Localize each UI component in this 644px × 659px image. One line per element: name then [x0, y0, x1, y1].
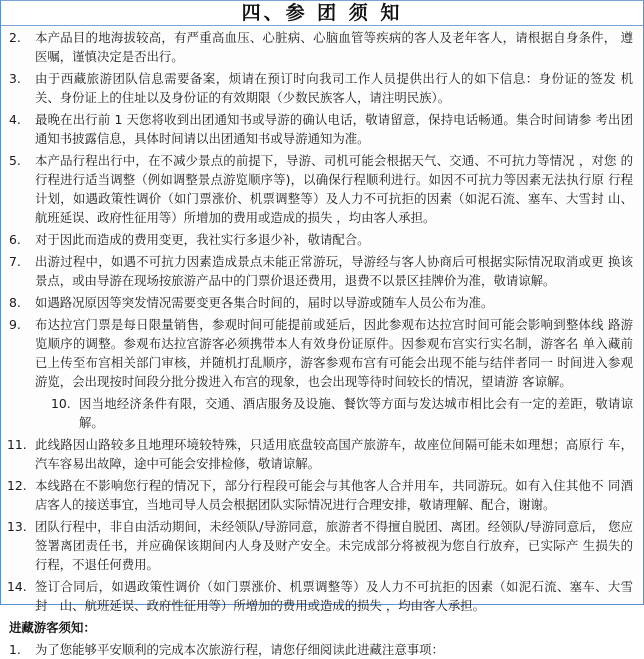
list-item: 5.本产品行程出行中，在不减少景点的前提下，导游、司机可能会根据天气、交通、不可… — [1, 151, 643, 227]
item-text: 最晚在出行前 1 天您将收到出团通知书或导游的确认电话，敬请留意，保持电话畅通。… — [35, 112, 633, 146]
list-item: 3.由于西藏旅游团队信息需要备案，烦请在预订时向我司工作人员提供出行人的如下信息… — [1, 69, 643, 107]
list-item: 11.此线路因山路较多且地理环境较特殊，只适用底盘较高国产旅游车，故座位间隔可能… — [1, 435, 643, 473]
list-item: 4.最晚在出行前 1 天您将收到出团通知书或导游的确认电话，敬请留意，保持电话畅… — [1, 110, 643, 148]
item-number: 8. — [9, 293, 21, 312]
item-number: 10. — [51, 394, 71, 413]
notice-frame: 四、参 团 须 知 2.本产品目的地海拔较高，有严重高血压、心脏病、心脑血管等疾… — [0, 0, 644, 605]
item-text: 布达拉宫门票是每日限量销售，参观时间可能提前或延后，因此参观布达拉宫时间可能会影… — [35, 317, 633, 389]
item-text: 因当地经济条件有限，交通、酒店服务及设施、餐饮等方面与发达城市相比会有一定的差距… — [79, 396, 633, 430]
item-text: 此线路因山路较多且地理环境较特殊，只适用底盘较高国产旅游车，故座位间隔可能未如理… — [35, 437, 633, 471]
item-number: 12. — [7, 476, 27, 495]
list-item: 6.对于因此而造成的费用变更，我社实行多退少补，敬请配合。 — [1, 230, 643, 249]
item-number: 4. — [9, 110, 21, 129]
item-text: 签订合同后，如遇政策性调价（如门票涨价、机票调整等）及人力不可抗拒的因素（如泥石… — [35, 579, 633, 605]
item-number: 11. — [7, 435, 27, 454]
list-item: 12.本线路在不影响您行程的情况下，部分行程段可能会与其他客人合并用车，共同游玩… — [1, 476, 643, 514]
item-text: 由于西藏旅游团队信息需要备案，烦请在预订时向我司工作人员提供出行人的如下信息：身… — [35, 71, 633, 105]
list-item: 9.布达拉宫门票是每日限量销售，参观时间可能提前或延后，因此参观布达拉宫时间可能… — [1, 315, 643, 391]
item-text: 本产品行程出行中，在不减少景点的前提下，导游、司机可能会根据天气、交通、不可抗力… — [35, 153, 633, 225]
item-number: 6. — [9, 230, 21, 249]
item-text: 团队行程中，非自由活动期间，未经领队/导游同意，旅游者不得擅自脱团、离团。经领队… — [35, 519, 633, 572]
list-item: 13.团队行程中，非自由活动期间，未经领队/导游同意，旅游者不得擅自脱团、离团。… — [1, 517, 643, 574]
item-number: 9. — [9, 315, 21, 334]
item-number: 5. — [9, 151, 21, 170]
section-title: 四、参 团 须 知 — [1, 1, 643, 26]
item-text: 本线路在不影响您行程的情况下，部分行程段可能会与其他客人合并用车，共同游玩。如有… — [35, 478, 633, 512]
list-item: 14.签订合同后，如遇政策性调价（如门票涨价、机票调整等）及人力不可抗拒的因素（… — [1, 577, 643, 605]
item-text: 出游过程中，如遇不可抗力因素造成景点未能正常游玩，导游经与客人协商后可根据实际情… — [35, 254, 633, 288]
item-number: 2. — [9, 28, 21, 47]
item-number: 13. — [7, 517, 27, 536]
list-item: 2.本产品目的地海拔较高，有严重高血压、心脏病、心脑血管等疾病的客人及老年客人，… — [1, 28, 643, 66]
item-number: 14. — [7, 577, 27, 596]
item-text: 如遇路况原因等突发情况需要变更各集合时间的，届时以导游或随车人员公布为准。 — [35, 295, 493, 310]
list-item: 8.如遇路况原因等突发情况需要变更各集合时间的，届时以导游或随车人员公布为准。 — [1, 293, 643, 312]
list-item: 7.出游过程中，如遇不可抗力因素造成景点未能正常游玩，导游经与客人协商后可根据实… — [1, 252, 643, 290]
list-item: 10.因当地经济条件有限，交通、酒店服务及设施、餐饮等方面与发达城市相比会有一定… — [1, 394, 643, 432]
notice-list: 2.本产品目的地海拔较高，有严重高血压、心脏病、心脑血管等疾病的客人及老年客人，… — [1, 26, 643, 605]
item-number: 3. — [9, 69, 21, 88]
item-text: 本产品目的地海拔较高，有严重高血压、心脏病、心脑血管等疾病的客人及老年客人，请根… — [35, 30, 633, 64]
item-number: 7. — [9, 252, 21, 271]
item-text: 对于因此而造成的费用变更，我社实行多退少补，敬请配合。 — [35, 232, 370, 247]
